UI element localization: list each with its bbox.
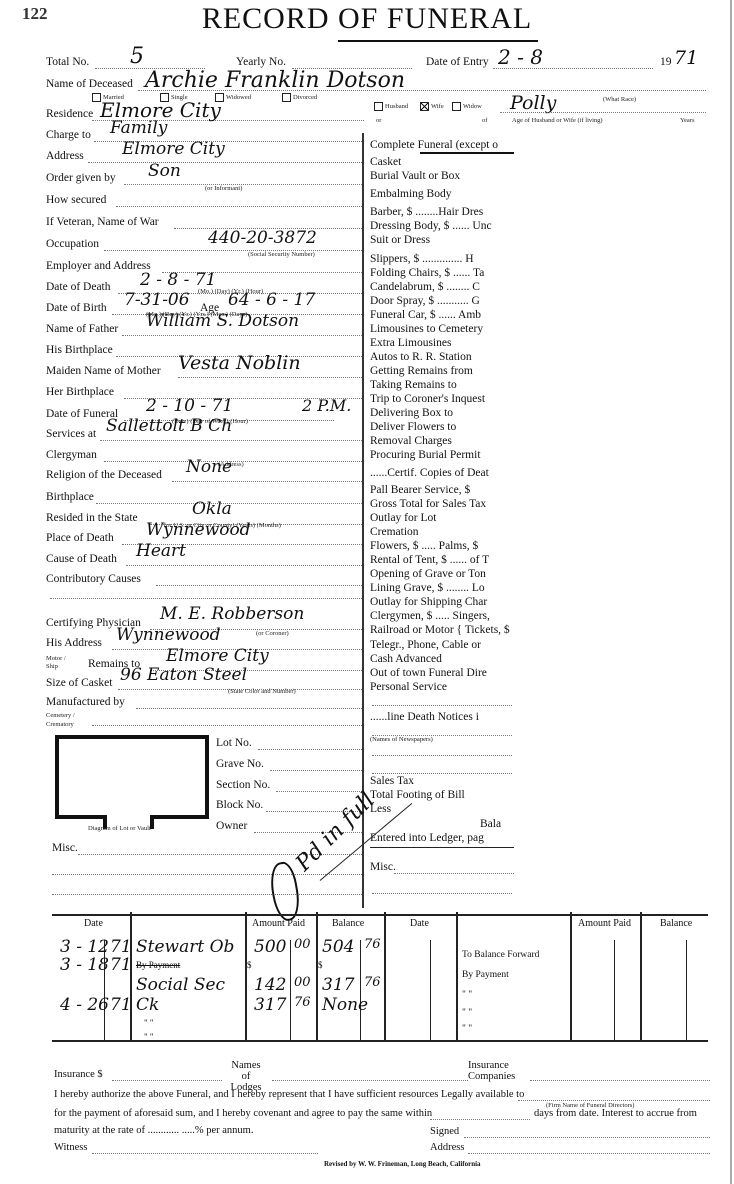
- heading-underline: [420, 152, 514, 154]
- field-line: [372, 893, 512, 894]
- informant-note: (or Informant): [205, 185, 242, 192]
- charge-item: Burial Vault or Box: [370, 170, 460, 182]
- ledger-balance-header: Balance: [332, 918, 364, 929]
- field-line: [88, 162, 362, 163]
- field-line: [372, 755, 512, 756]
- ledger-paid[interactable]: 142: [254, 975, 286, 995]
- field-line: [276, 791, 362, 792]
- field-line: [156, 585, 362, 586]
- residence-label: Residence: [46, 108, 93, 120]
- ledger-desc[interactable]: Stewart Ob: [136, 937, 234, 957]
- charge-item: Rental of Tent, $ ...... of T: [370, 554, 489, 566]
- occupation-label: Occupation: [46, 238, 99, 250]
- cause-of-death-value[interactable]: Heart: [136, 541, 186, 561]
- cemetery-crematory-label: Cemetery / Crematory: [46, 711, 86, 729]
- ledger-desc[interactable]: Ck: [136, 995, 159, 1015]
- date-of-birth-label: Date of Birth: [46, 302, 107, 314]
- ledger-paid[interactable]: 317: [254, 995, 286, 1015]
- charge-item: Taking Remains to: [370, 379, 457, 391]
- ditto-mark: " ": [144, 1018, 154, 1028]
- ledger-year[interactable]: 71: [110, 937, 132, 957]
- charge-item: Getting Remains from: [370, 365, 473, 377]
- field-line: [372, 773, 512, 774]
- charges-column: Complete Funeral (except o Casket Burial…: [362, 133, 514, 908]
- spouse-name-line: [500, 112, 706, 113]
- place-of-death-label: Place of Death: [46, 532, 114, 544]
- order-given-by-label: Order given by: [46, 172, 116, 184]
- charges-misc-label: Misc.: [370, 861, 396, 873]
- spouse-name-value[interactable]: Polly: [510, 92, 556, 114]
- lot-diagram-caption: Diagram of Lot or Vault: [88, 825, 151, 832]
- ledger-year[interactable]: 71: [110, 955, 132, 975]
- charge-item: Deliver Flowers to: [370, 421, 456, 433]
- charge-item: Casket: [370, 156, 401, 168]
- newspapers-note: (Names of Newspapers): [370, 736, 433, 743]
- right-row-label: By Payment: [462, 970, 509, 980]
- grave-no-label: Grave No.: [216, 758, 264, 770]
- lot-diagram: [55, 735, 209, 819]
- ditto-mark: " ": [144, 1032, 154, 1042]
- ledger-col: [290, 940, 291, 1040]
- mother-label: Maiden Name of Mother: [46, 365, 161, 377]
- spouse-or-label: or: [376, 117, 381, 124]
- manufactured-by-label: Manufactured by: [46, 696, 125, 708]
- field-line: [116, 206, 362, 207]
- spouse-age-label: Age of Husband or Wife (if living): [512, 117, 603, 124]
- ssn-value[interactable]: 440-20-3872: [208, 228, 317, 248]
- services-at-value[interactable]: Sallettolt B Ch: [106, 416, 232, 436]
- ledger-balance-header-2: Balance: [660, 918, 692, 929]
- his-birthplace-label: His Birthplace: [46, 344, 113, 356]
- field-line: [178, 377, 362, 378]
- signature-line[interactable]: [464, 1137, 710, 1138]
- date-of-death-value[interactable]: 2 - 8 - 71: [140, 270, 216, 290]
- charge-to-value[interactable]: Family: [110, 118, 167, 138]
- contributory-label: Contributory Causes: [46, 573, 141, 585]
- father-value[interactable]: William S. Dotson: [146, 311, 299, 331]
- days-line: [430, 1119, 530, 1120]
- services-at-label: Services at: [46, 428, 96, 440]
- funeral-hour-value[interactable]: 2 P.M.: [302, 396, 351, 415]
- size-of-casket-value[interactable]: 96 Eaton Steel: [120, 665, 247, 685]
- ledger-col: [130, 912, 132, 1040]
- charge-item: ......Certif. Copies of Deat: [370, 467, 489, 479]
- employer-label: Employer and Address: [46, 260, 151, 272]
- dollar-sign: $: [318, 960, 323, 970]
- field-line: [104, 250, 362, 251]
- her-birthplace-label: Her Birthplace: [46, 386, 114, 398]
- charge-item: Extra Limousines: [370, 337, 451, 349]
- block-no-label: Block No.: [216, 799, 263, 811]
- years-label: Years: [680, 117, 695, 124]
- authorization-line-1: I hereby authorize the above Funeral, an…: [54, 1089, 524, 1100]
- ledger-date[interactable]: 4 - 26: [60, 995, 109, 1015]
- spouse-husband[interactable]: Husband: [374, 102, 408, 111]
- motor-ship-label: Motor / Ship: [46, 655, 66, 671]
- section-no-label: Section No.: [216, 779, 270, 791]
- field-line: [258, 749, 362, 750]
- what-race-label: (What Race): [603, 96, 636, 103]
- field-line: [52, 874, 362, 875]
- charge-item: Bala: [480, 818, 501, 830]
- ledger-col: [456, 912, 458, 1040]
- his-address-value[interactable]: Wynnewood: [116, 625, 221, 645]
- charge-item: Embalming Body: [370, 188, 451, 200]
- page-title: RECORD OF FUNERAL: [0, 2, 734, 36]
- charges-heading: Complete Funeral (except o: [370, 139, 498, 151]
- right-row-label: " ": [462, 990, 472, 1000]
- religion-label: Religion of the Deceased: [46, 469, 162, 481]
- field-line: [272, 1080, 468, 1081]
- cause-of-death-label: Cause of Death: [46, 553, 117, 565]
- date-of-entry-label: Date of Entry: [426, 56, 489, 68]
- checkbox[interactable]: [282, 93, 291, 102]
- ledger-top-rule: [52, 914, 708, 916]
- field-line: [530, 1080, 710, 1081]
- order-given-by-value[interactable]: Son: [148, 161, 181, 181]
- ledger-col: [360, 940, 361, 1040]
- charge-to-label: Charge to: [46, 129, 91, 141]
- field-line: [112, 1080, 222, 1081]
- charge-item: Cremation: [370, 526, 419, 538]
- total-no-label: Total No.: [46, 56, 89, 68]
- field-line: [50, 598, 362, 599]
- charge-item: Outlay for Lot: [370, 512, 436, 524]
- ledger-col: [640, 912, 642, 1040]
- field-line: [52, 894, 362, 895]
- charge-item: Flowers, $ ..... Palms, $: [370, 540, 478, 552]
- physician-value[interactable]: M. E. Robberson: [160, 604, 304, 624]
- ledger-col: [686, 940, 687, 1040]
- marital-divorced[interactable]: Divorced: [282, 93, 317, 102]
- charge-item: Gross Total for Sales Tax: [370, 498, 486, 510]
- charge-item: Candelabrum, $ ........ C: [370, 281, 480, 293]
- name-of-deceased-value[interactable]: Archie Franklin Dotson: [145, 68, 405, 93]
- insurance-companies-label: Insurance Companies: [468, 1060, 528, 1082]
- charge-item: Clergymen, $ ..... Singers,: [370, 610, 490, 622]
- ledger-date[interactable]: 3 - 12: [60, 937, 109, 957]
- age-value[interactable]: 64 - 6 - 17: [228, 290, 315, 310]
- charge-item: Delivering Box to: [370, 407, 453, 419]
- owner-label: Owner: [216, 820, 247, 832]
- lot-diagram-foot: [55, 815, 107, 819]
- ledger-balance-cents[interactable]: 76: [364, 975, 381, 990]
- ssn-note: (Social Security Number): [248, 251, 315, 258]
- ledger-paid[interactable]: 500: [254, 937, 286, 957]
- right-row-label: To Balance Forward: [462, 950, 539, 960]
- charge-item: Dressing Body, $ ...... Unc: [370, 220, 492, 232]
- field-line: [122, 335, 362, 336]
- insurance-label: Insurance $: [54, 1069, 103, 1080]
- address-label: Address: [46, 150, 84, 162]
- field-line: [126, 565, 362, 566]
- total-no-value[interactable]: 5: [130, 44, 144, 69]
- field-line: [270, 770, 362, 771]
- field-line: [92, 725, 362, 726]
- charge-item: Out of town Funeral Dire: [370, 667, 487, 679]
- ledger-balance-cents[interactable]: 76: [364, 937, 381, 952]
- resided-label: Resided in the State: [46, 512, 138, 524]
- yearly-no-label: Yearly No.: [236, 56, 286, 68]
- lot-no-label: Lot No.: [216, 737, 252, 749]
- charge-item: Barber, $ ........Hair Dres: [370, 206, 483, 218]
- charge-item: Personal Service: [370, 681, 447, 693]
- ledger-balance[interactable]: 504: [322, 937, 354, 957]
- charge-item: Opening of Grave or Ton: [370, 568, 486, 580]
- charge-item: Telegr., Phone, Cable or: [370, 639, 481, 651]
- signed-label: Signed: [430, 1126, 459, 1137]
- mother-value[interactable]: Vesta Noblin: [178, 352, 301, 374]
- charge-item: Pall Bearer Service, $: [370, 484, 470, 496]
- funeral-director-line: [518, 1100, 710, 1101]
- charge-item: ......line Death Notices i: [370, 711, 479, 723]
- ledger-year[interactable]: 71: [110, 995, 132, 1015]
- divider: [370, 847, 514, 848]
- checkbox[interactable]: [374, 102, 383, 111]
- charge-item: Limousines to Cemetery: [370, 323, 483, 335]
- field-line: [172, 481, 362, 482]
- name-of-deceased-label: Name of Deceased: [46, 78, 133, 90]
- field-line: [394, 873, 514, 874]
- year-prefix: 19: [660, 56, 672, 68]
- place-of-death-value[interactable]: Wynnewood: [146, 520, 251, 540]
- witness-label: Witness: [54, 1142, 87, 1153]
- date-of-funeral-value[interactable]: 2 - 10 - 71: [146, 396, 233, 416]
- date-of-death-label: Date of Death: [46, 281, 111, 293]
- revised-credit: Revised by W. W. Frineman, Long Beach, C…: [324, 1160, 481, 1168]
- remains-to-value[interactable]: Elmore City: [166, 646, 269, 666]
- page-edge: [730, 0, 732, 1184]
- ledger-desc[interactable]: Social Sec: [136, 975, 225, 995]
- ledger-col: [570, 912, 572, 1040]
- charge-item: Trip to Coroner's Inquest: [370, 393, 485, 405]
- charge-item: Total Footing of Bill: [370, 789, 465, 801]
- charge-item: Slippers, $ .............. H: [370, 253, 474, 265]
- veteran-label: If Veteran, Name of War: [46, 216, 159, 228]
- clergyman-label: Clergyman: [46, 449, 97, 461]
- ledger-desc: By Payment: [136, 960, 180, 970]
- his-address-label: His Address: [46, 637, 102, 649]
- father-label: Name of Father: [46, 323, 118, 335]
- charge-item: Entered into Ledger, pag: [370, 832, 484, 844]
- field-line: [100, 440, 362, 441]
- authorization-line-2b: days from date. Interest to accrue from: [534, 1108, 697, 1119]
- religion-value[interactable]: None: [186, 457, 232, 477]
- address-line[interactable]: [468, 1153, 710, 1154]
- ledger-amount-paid-header-2: Amount Paid: [578, 918, 631, 929]
- dollar-sign: $: [247, 960, 252, 970]
- address-label: Address: [430, 1142, 464, 1153]
- ledger-col: [430, 940, 431, 1040]
- ledger-paid-cents[interactable]: 00: [294, 937, 311, 952]
- right-row-label: " ": [462, 1008, 472, 1018]
- spouse-wife[interactable]: Wife: [420, 102, 444, 111]
- ledger-balance[interactable]: 317: [322, 975, 354, 995]
- charge-item: Door Spray, $ ........... G: [370, 295, 480, 307]
- checkbox[interactable]: [452, 102, 461, 111]
- resided-value[interactable]: Okla: [192, 499, 232, 519]
- ledger-amount-paid-header: Amount Paid: [252, 918, 305, 929]
- ledger-col: [384, 912, 386, 1040]
- field-line: [372, 705, 512, 706]
- witness-line[interactable]: [92, 1153, 318, 1154]
- authorization-line-3: maturity at the rate of ............ ...…: [54, 1125, 253, 1136]
- charge-item: Removal Charges: [370, 435, 452, 447]
- lot-diagram-foot: [150, 815, 205, 819]
- casket-note: (State Color and Number): [228, 688, 296, 695]
- ledger-col: [614, 940, 615, 1040]
- charge-item: Sales Tax: [370, 775, 414, 787]
- authorization-line-2: for the payment of aforesaid sum, and I …: [54, 1108, 432, 1119]
- year-value[interactable]: 71: [674, 47, 698, 69]
- size-of-casket-label: Size of Casket: [46, 677, 112, 689]
- title-underline: [338, 40, 538, 42]
- ledger-date[interactable]: 3 - 18: [60, 955, 109, 975]
- coroner-note: (or Coroner): [256, 630, 289, 637]
- birthplace-label: Birthplace: [46, 491, 94, 503]
- charge-item: Procuring Burial Permit: [370, 449, 481, 461]
- ledger-balance[interactable]: None: [322, 995, 368, 1015]
- ledger-date-header: Date: [84, 918, 103, 929]
- charge-item: Folding Chairs, $ ...... Ta: [370, 267, 484, 279]
- charge-item: Funeral Car, $ ...... Amb: [370, 309, 481, 321]
- ledger-col: [316, 912, 318, 1040]
- date-of-birth-value[interactable]: 7-31-06: [124, 290, 190, 310]
- spouse-of-label: of: [482, 117, 487, 124]
- charge-item: Lining Grave, $ ........ Lo: [370, 582, 485, 594]
- ledger-col: [245, 912, 247, 1040]
- spouse-widow[interactable]: Widow: [452, 102, 482, 111]
- charge-item: Cash Advanced: [370, 653, 442, 665]
- field-line: [124, 184, 362, 185]
- charge-item: Autos to R. R. Station: [370, 351, 472, 363]
- checkbox-checked[interactable]: [420, 102, 429, 111]
- field-line: [136, 708, 362, 709]
- date-of-entry-value[interactable]: 2 - 8: [498, 45, 543, 69]
- right-row-label: " ": [462, 1024, 472, 1034]
- charge-item: Suit or Dress: [370, 234, 430, 246]
- charge-item: Outlay for Shipping Char: [370, 596, 487, 608]
- ledger-paid-cents[interactable]: 00: [294, 975, 311, 990]
- ledger-date-header-2: Date: [410, 918, 429, 929]
- charge-item: Railroad or Motor { Tickets, $: [370, 624, 510, 636]
- ledger-paid-cents[interactable]: 76: [294, 995, 311, 1010]
- misc-label: Misc.: [52, 842, 78, 854]
- address-value[interactable]: Elmore City: [122, 139, 225, 159]
- how-secured-label: How secured: [46, 194, 106, 206]
